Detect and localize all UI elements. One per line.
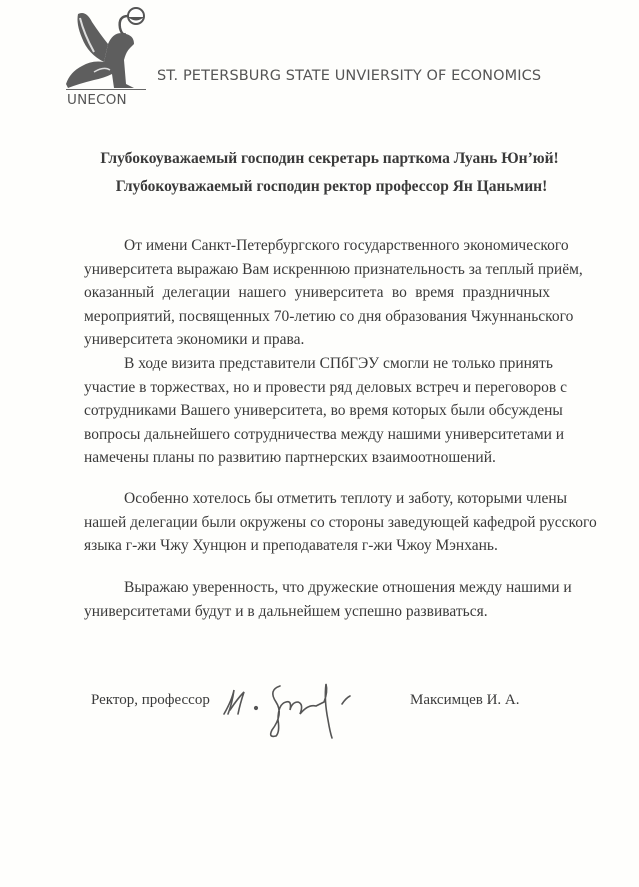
logo-text: UNECON	[67, 92, 127, 108]
text-line: От имени Санкт-Петербургского государств…	[84, 234, 550, 258]
paragraph-confidence: Выражаю уверенность, что дружеские отнош…	[84, 576, 550, 623]
text-line: университета экономики и права.	[84, 328, 550, 352]
text-line: В ходе визита представители СПбГЭУ смогл…	[84, 352, 550, 376]
paragraph-visit: В ходе визита представители СПбГЭУ смогл…	[84, 352, 550, 470]
text-line: Особенно хотелось бы отметить теплоту и …	[84, 487, 550, 511]
signature-block: Ректор, профессор Максимцев И. А.	[0, 680, 639, 750]
text-line: университета выражаю Вам искреннюю призн…	[84, 258, 550, 282]
letterhead: UNECON ST. PETERSBURG STATE UNVIERSITY O…	[0, 0, 639, 115]
text-line: участие в торжествах, но и провести ряд …	[84, 376, 550, 400]
university-name: ST. PETERSBURG STATE UNVIERSITY OF ECONO…	[157, 68, 541, 84]
salutation-secretary: Глубокоуважаемый господин секретарь парт…	[10, 150, 639, 168]
signatory-name: Максимцев И. А.	[410, 692, 520, 709]
text-line: Выражаю уверенность, что дружеские отнош…	[84, 576, 550, 600]
text-line: сотрудниками Вашего университета, во вре…	[84, 399, 550, 423]
text-line: мероприятий, посвященных 70-летию со дня…	[84, 305, 550, 329]
text-line: нашей делегации были окружены со стороны…	[84, 511, 550, 535]
text-line: оказанный делегации нашего университета …	[84, 281, 550, 305]
salutation-rector: Глубокоуважаемый господин ректор професс…	[12, 178, 639, 196]
paragraph-acknowledgement: Особенно хотелось бы отметить теплоту и …	[84, 487, 550, 558]
text-line: университетами будут и в дальнейшем успе…	[84, 600, 550, 624]
paragraph-gratitude: От имени Санкт-Петербургского государств…	[84, 234, 550, 352]
griffin-icon	[64, 4, 154, 92]
text-line: намечены планы по развитию партнерских в…	[84, 446, 550, 470]
logo-divider	[66, 89, 146, 90]
handwritten-signature-icon	[220, 680, 390, 750]
text-line: вопросы дальнейшего сотрудничества между…	[84, 423, 550, 447]
signatory-title: Ректор, профессор	[91, 692, 210, 709]
text-line: языка г-жи Чжу Хунцюн и преподавателя г-…	[84, 534, 550, 558]
